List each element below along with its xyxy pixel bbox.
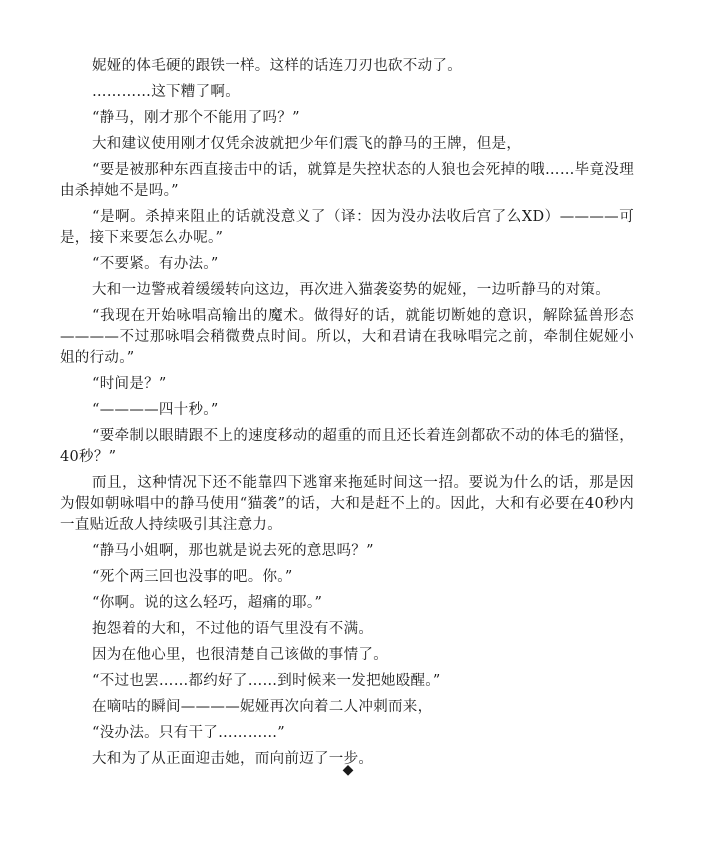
paragraph: 而且，这种情况下还不能靠四下逃窜来拖延时间这一招。要说为什么的话，那是因为假如朝… [60, 473, 634, 536]
paragraph: “不要紧。有办法。” [60, 254, 634, 275]
paragraph: “我现在开始咏唱高输出的魔术。做得好的话，就能切断她的意识，解除猛兽形态————… [60, 306, 634, 369]
paragraph: “要是被那种东西直接击中的话，就算是失控状态的人狼也会死掉的哦……毕竟没理由杀掉… [60, 160, 634, 202]
paragraph: 妮娅的体毛硬的跟铁一样。这样的话连刀刃也砍不动了。 [60, 56, 634, 77]
paragraph: “静马小姐啊，那也就是说去死的意思吗？” [60, 541, 634, 562]
paragraph: “死个两三回也没事的吧。你。” [60, 567, 634, 588]
paragraph: “要牵制以眼睛跟不上的速度移动的超重的而且还长着连剑都砍不动的体毛的猫怪，40秒… [60, 426, 634, 468]
paragraph: “时间是？” [60, 374, 634, 395]
paragraph: “你啊。说的这么轻巧，超痛的耶。” [60, 593, 634, 614]
diamond-icon: ◆ [343, 760, 354, 780]
section-separator: ◆ [0, 760, 708, 780]
paragraph: “————四十秒。” [60, 400, 634, 421]
paragraph: “是啊。杀掉来阻止的话就没意义了（译：因为没办法收后宫了么XD）————可是，接… [60, 207, 634, 249]
paragraph: 大和建议使用刚才仅凭余波就把少年们震飞的静马的王牌，但是， [60, 134, 634, 155]
paragraph: “不过也罢……都约好了……到时候来一发把她殴醒。” [60, 671, 634, 692]
paragraph: “静马，刚才那个不能用了吗？” [60, 108, 634, 129]
paragraph: …………这下糟了啊。 [60, 82, 634, 103]
paragraph: 抱怨着的大和，不过他的语气里没有不满。 [60, 619, 634, 640]
paragraph: 在嘀咕的瞬间————妮娅再次向着二人冲刺而来， [60, 697, 634, 718]
paragraph: 大和一边警戒着缓缓转向这边，再次进入猫袭姿势的妮娅，一边听静马的对策。 [60, 280, 634, 301]
paragraph: “没办法。只有干了…………” [60, 723, 634, 744]
document-body: 妮娅的体毛硬的跟铁一样。这样的话连刀刃也砍不动了。 …………这下糟了啊。 “静马… [60, 56, 634, 775]
paragraph: 因为在他心里，也很清楚自己该做的事情了。 [60, 645, 634, 666]
